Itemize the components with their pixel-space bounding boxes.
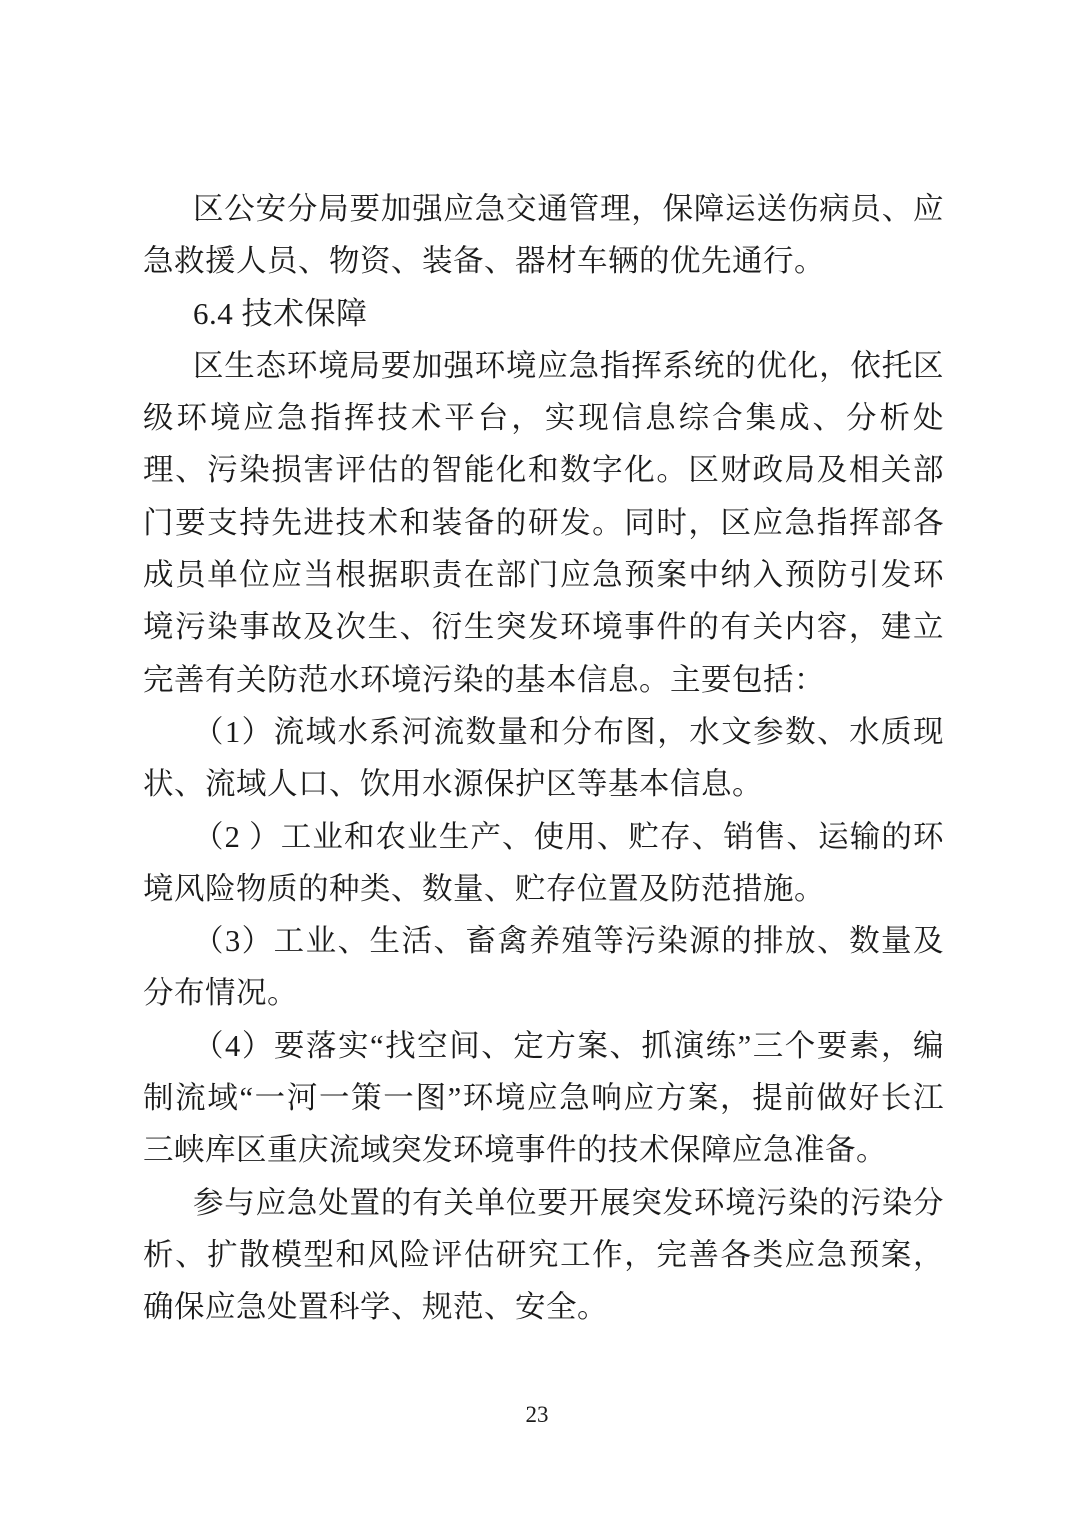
paragraph-item-2: （2 ）工业和农业生产、使用、贮存、销售、运输的环境风险物质的种类、数量、贮存位… bbox=[143, 811, 944, 916]
paragraph-item-4: （4）要落实“找空间、定方案、抓演练”三个要素，编制流域“一河一策一图”环境应急… bbox=[143, 1020, 944, 1177]
paragraph-technical-support-intro: 区生态环境局要加强环境应急指挥系统的优化，依托区级环境应急指挥技术平台，实现信息… bbox=[143, 340, 944, 706]
document-page: 区公安分局要加强应急交通管理，保障运送伤病员、应急救援人员、物资、装备、器材车辆… bbox=[0, 0, 1074, 1520]
paragraph-emergency-research: 参与应急处置的有关单位要开展突发环境污染的污染分析、扩散模型和风险评估研究工作，… bbox=[143, 1177, 944, 1334]
paragraph-item-1: （1）流域水系河流数量和分布图，水文参数、水质现状、流域人口、饮用水源保护区等基… bbox=[143, 706, 944, 811]
section-heading-6-4: 6.4 技术保障 bbox=[143, 288, 944, 340]
paragraph-item-3: （3）工业、生活、畜禽养殖等污染源的排放、数量及分布情况。 bbox=[143, 915, 944, 1020]
page-content: 区公安分局要加强应急交通管理，保障运送伤病员、应急救援人员、物资、装备、器材车辆… bbox=[143, 183, 944, 1334]
paragraph-traffic-guarantee: 区公安分局要加强应急交通管理，保障运送伤病员、应急救援人员、物资、装备、器材车辆… bbox=[143, 183, 944, 288]
page-number: 23 bbox=[0, 1400, 1074, 1430]
